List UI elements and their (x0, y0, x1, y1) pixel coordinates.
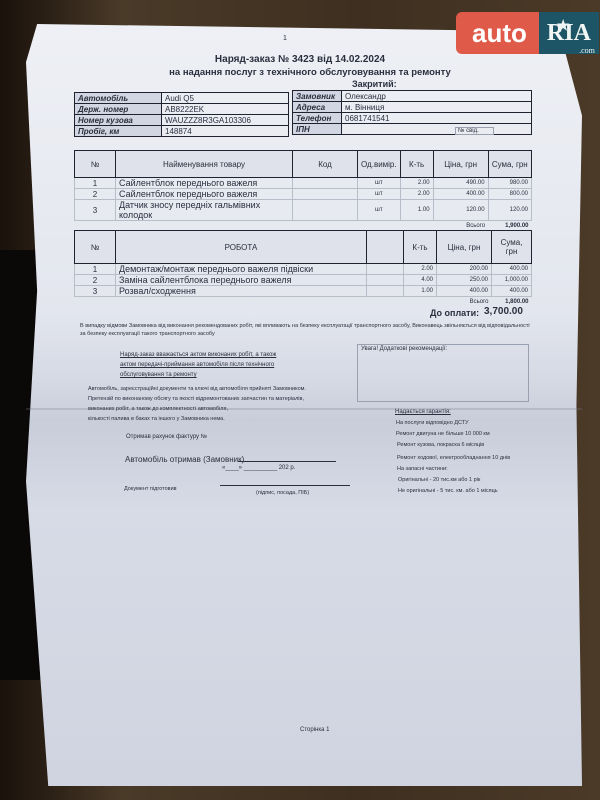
acceptance-line-4: кількості палива в баках та іншого у Зам… (88, 416, 225, 422)
goods-col-sum: Сума, грн (488, 151, 531, 178)
cell: 120.00 (488, 200, 531, 221)
table-row: 2 Заміна сайлентблока переднього важеля … (75, 275, 532, 286)
document-title: Наряд-заказ № 3423 від 14.02.2024 (140, 54, 460, 65)
cell: 1,000.00 (492, 275, 532, 286)
label-plate: Держ. номер (75, 104, 162, 115)
cert-number-label: № свід. (455, 127, 494, 135)
warranty-item: Ремонт кузова, покраска 6 місяців (397, 442, 484, 448)
labor-col-sum: Сума, грн (492, 231, 532, 264)
cell: 2.00 (400, 178, 433, 189)
cell: 1.00 (400, 200, 433, 221)
label-phone: Телефон (293, 113, 342, 124)
vehicle-info-table: АвтомобільAudi Q5 Держ. номерAB8222EK Но… (74, 92, 289, 137)
signature-caption: (підпис, посада, ПІБ) (256, 490, 309, 496)
table-row: 3 Розвал/сходження 1.00 400.00 400.00 (75, 286, 532, 297)
cell: 400.00 (437, 286, 492, 297)
labor-col-number: № (75, 231, 116, 264)
warranty-item: Оригінальні - 20 тис.км або 1 рік (398, 477, 480, 483)
value-car: Audi Q5 (162, 93, 289, 104)
customer-info-table: ЗамовникОлександр Адресам. Вінниця Телеф… (292, 90, 532, 135)
cell (293, 200, 358, 221)
cell: 2.00 (404, 264, 437, 275)
amount-due-value: 3,700.00 (484, 306, 523, 317)
value-vin: WAUZZZ8R3GA103306 (162, 115, 289, 126)
goods-col-price: Ціна, грн (433, 151, 488, 178)
table-row: 2 Сайлентблок переднього важеля шт 2.00 … (75, 189, 532, 200)
cell: Заміна сайлентблока переднього важеля (116, 275, 367, 286)
cell: Сайлентблок переднього важеля (116, 178, 293, 189)
cell: 120.00 (433, 200, 488, 221)
cell: 2 (75, 275, 116, 286)
cell: 3 (75, 200, 116, 221)
acceptance-line-2: Претензій по виконаному обсягу та якості… (88, 396, 304, 402)
cell (367, 275, 404, 286)
preparer-signature-line[interactable] (220, 485, 350, 486)
customer-signature-line[interactable] (238, 461, 336, 462)
cell: шт (358, 189, 401, 200)
cell (293, 178, 358, 189)
page-footer: Сторінка 1 (300, 727, 329, 733)
cell: 400.00 (433, 189, 488, 200)
document-sheet (26, 24, 582, 786)
cell: шт (358, 200, 401, 221)
invoice-received-label: Отримав рахунок фактуру № (126, 434, 207, 440)
cell: 200.00 (437, 264, 492, 275)
label-tax-id: ІПН (293, 124, 342, 135)
cell: Демонтаж/монтаж переднього важеля підвіс… (116, 264, 367, 275)
document-subtitle: на надання послуг з технічного обслугову… (120, 67, 500, 78)
closing-note-line-1: Наряд-заказ вважається актом виконаних р… (120, 352, 276, 358)
label-address: Адреса (293, 102, 342, 113)
logo-com: .com (579, 46, 595, 56)
cell: 980.00 (488, 178, 531, 189)
value-tax-id: № свід. (342, 124, 532, 135)
cell: 2 (75, 189, 116, 200)
label-vin: Номер кузова (75, 115, 162, 126)
closing-note-line-2: актом передачі-приймання автомобіля післ… (120, 362, 274, 368)
label-car: Автомобіль (75, 93, 162, 104)
table-row: 3 Датчик зносу передніх гальмівних колод… (75, 200, 532, 221)
labor-col-price: Ціна, грн (437, 231, 492, 264)
cell: Розвал/сходження (116, 286, 367, 297)
value-plate: AB8222EK (162, 104, 289, 115)
autoria-watermark-logo: auto ★ RIA .com (456, 12, 599, 54)
cell: 400.00 (492, 264, 532, 275)
page-number-top: 1 (283, 35, 287, 42)
cell (367, 286, 404, 297)
cell: 3 (75, 286, 116, 297)
goods-col-code: Код (293, 151, 358, 178)
value-mileage: 148874 (162, 126, 289, 137)
labor-col-blank (367, 231, 404, 264)
cell: 490.00 (433, 178, 488, 189)
star-icon: ★ (557, 6, 570, 48)
cell: шт (358, 178, 401, 189)
labor-col-qty: К-ть (404, 231, 437, 264)
goods-col-name: Найменування товару (116, 151, 293, 178)
acceptance-line-1: Автомобіль, зареєстраційні документи та … (88, 386, 306, 392)
warranty-title: Надається гарантія: (395, 409, 451, 415)
prepared-by-label: Документ підготовив (124, 486, 177, 492)
logo-ria: ★ RIA .com (539, 12, 599, 54)
label-customer: Замовник (293, 91, 342, 102)
goods-col-number: № (75, 151, 116, 178)
cell: 4.00 (404, 275, 437, 286)
labor-col-work: РОБОТА (116, 231, 367, 264)
recommendations-label: Увага! Додаткові рекомендації: (361, 346, 447, 352)
goods-col-qty: К-ть (400, 151, 433, 178)
amount-due-label: До оплати: (430, 308, 479, 318)
order-status: Закритий: (352, 79, 397, 89)
cell: Датчик зносу передніх гальмівних колодок (116, 200, 293, 221)
warranty-item: На послуги відповідно ДСТУ (396, 420, 469, 426)
warranty-item: Ремонт двигуна не більше 10 000 км (396, 431, 490, 437)
disclaimer-text: В випадку відмови Замовника від виконанн… (80, 322, 530, 338)
warranty-item: Не оригінальні - 5 тис. км. або 1 місяць (398, 488, 498, 494)
closing-note-line-3: обслуговування та ремонту (120, 372, 197, 378)
cell: 1 (75, 264, 116, 275)
table-row: 1 Сайлентблок переднього важеля шт 2.00 … (75, 178, 532, 189)
value-customer: Олександр (342, 91, 532, 102)
cell: Сайлентблок переднього важеля (116, 189, 293, 200)
acceptance-line-3: виконаних робіт, а також до комплектност… (88, 406, 228, 412)
value-phone: 0681741541 (342, 113, 532, 124)
logo-auto: auto (456, 12, 539, 54)
car-received-label: Автомобіль отримав (Замовник) (125, 455, 244, 464)
cell: 400.00 (492, 286, 532, 297)
date-field: «____» __________ 202 р. (222, 465, 295, 471)
goods-col-unit: Од.вимір. (358, 151, 401, 178)
label-mileage: Пробіг, км (75, 126, 162, 137)
labor-table: № РОБОТА К-ть Ціна, грн Сума, грн 1 Демо… (74, 230, 532, 307)
cell: 250.00 (437, 275, 492, 286)
table-row: 1 Демонтаж/монтаж переднього важеля підв… (75, 264, 532, 275)
warranty-item: Ремонт ходової, електрообладнання 10 дні… (397, 455, 510, 461)
cell: 800.00 (488, 189, 531, 200)
cell (293, 189, 358, 200)
cell: 1 (75, 178, 116, 189)
cell (367, 264, 404, 275)
goods-table: № Найменування товару Код Од.вимір. К-ть… (74, 150, 532, 231)
cell: 2.00 (400, 189, 433, 200)
cell: 1.00 (404, 286, 437, 297)
warranty-item: На запасні частини: (397, 466, 448, 472)
recommendations-box: Увага! Додаткові рекомендації: (357, 344, 529, 402)
value-address: м. Вінниця (342, 102, 532, 113)
